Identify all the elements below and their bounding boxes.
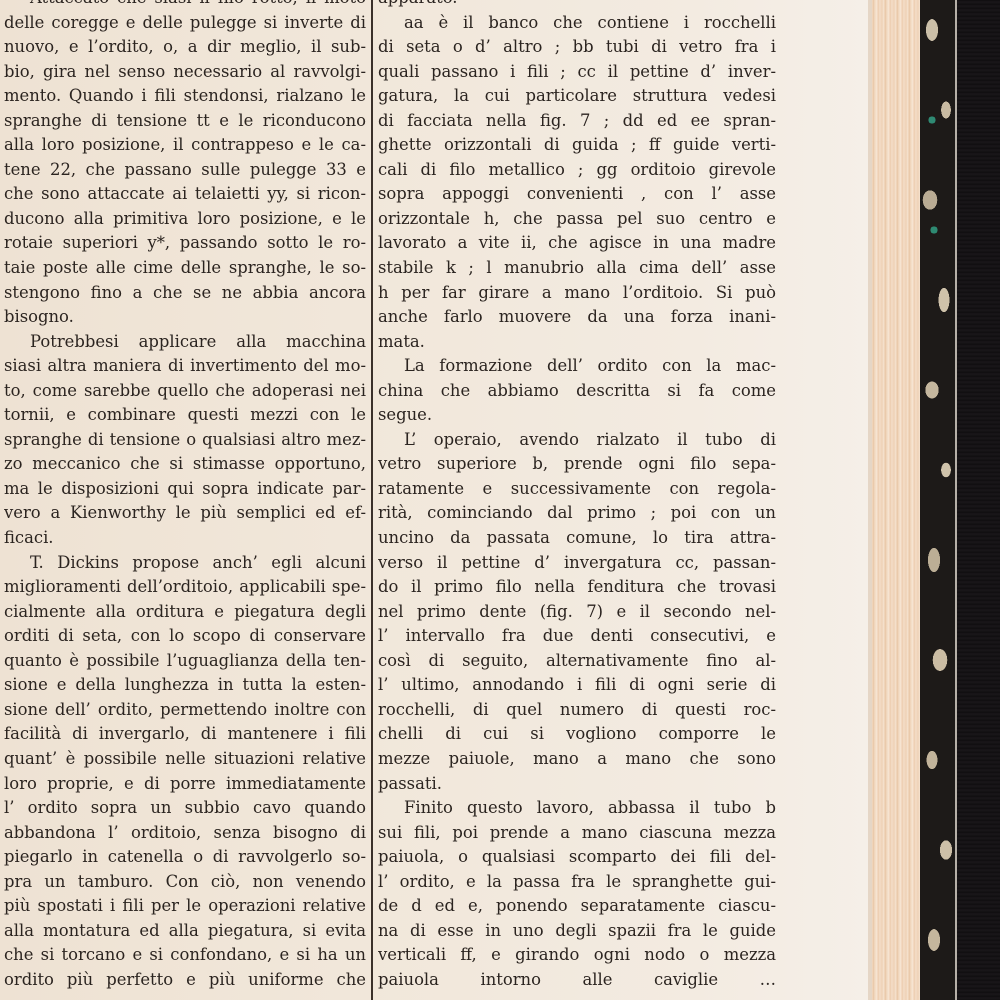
text-line: paiuola intorno alle caviglie … bbox=[378, 968, 776, 993]
text-line: l’ intervallo fra due denti consecutivi,… bbox=[378, 624, 776, 649]
text-line: h per far girare a mano l’orditoio. Si p… bbox=[378, 281, 776, 306]
text-line: to, come sarebbe quello che adoperasi ne… bbox=[4, 379, 366, 404]
text-line: l’ ultimo, annodando i fili di ogni seri… bbox=[378, 673, 776, 698]
text-line: stabile k ; l manubrio alla cima dell’ a… bbox=[378, 256, 776, 281]
text-line: verso il pettine d’ invergatura cc, pass… bbox=[378, 551, 776, 576]
text-line: zo meccanico che si stimasse opportuno, bbox=[4, 452, 366, 477]
text-line: segue. bbox=[378, 403, 776, 428]
text-line: rità, cominciando dal primo ; poi con un bbox=[378, 501, 776, 526]
text-line: vero a Kienworthy le più semplici ed ef- bbox=[4, 501, 366, 526]
text-line: di seta o d’ altro ; bb tubi di vetro fr… bbox=[378, 35, 776, 60]
text-line: spranghe di tensione tt e le riconducono bbox=[4, 109, 366, 134]
book-page: Attaccato che siasi il filo rotto, il mo… bbox=[0, 0, 870, 1000]
text-line: piegarlo in catenella o di ravvolgerlo s… bbox=[4, 845, 366, 870]
text-line: facilità di invergarlo, di mantenere i f… bbox=[4, 722, 366, 747]
right-text-column: apparato.aa è il banco che contiene i ro… bbox=[378, 0, 776, 992]
text-line: nel primo dente (fig. 7) e il secondo ne… bbox=[378, 600, 776, 625]
text-line: bisogno. bbox=[4, 305, 366, 330]
text-line: ducono alla primitiva loro posizione, e … bbox=[4, 207, 366, 232]
text-line: sui fili, poi prende a mano ciascuna mez… bbox=[378, 821, 776, 846]
text-line: così di seguito, alternativamente fino a… bbox=[378, 649, 776, 674]
text-line: siasi altra maniera di invertimento del … bbox=[4, 354, 366, 379]
text-line: nuovo, e l’ordito, o, a dir meglio, il s… bbox=[4, 35, 366, 60]
text-line: verticali ff, e girando ogni nodo o mezz… bbox=[378, 943, 776, 968]
text-line: ratamente e successivamente con regola- bbox=[378, 477, 776, 502]
text-line: de d ed e, ponendo separatamente ciascu- bbox=[378, 894, 776, 919]
text-line: chelli di cui si vogliono comporre le bbox=[378, 722, 776, 747]
text-line: ma le disposizioni qui sopra indicate pa… bbox=[4, 477, 366, 502]
text-line: l’ ordito, e la passa fra le spranghette… bbox=[378, 870, 776, 895]
text-line: quanto è possibile l’uguaglianza della t… bbox=[4, 649, 366, 674]
text-line: mata. bbox=[378, 330, 776, 355]
text-line: ordito più perfetto e più uniforme che bbox=[4, 968, 366, 993]
text-line: alla montatura ed alla piegatura, si evi… bbox=[4, 919, 366, 944]
text-line: vetro superiore b, prende ogni filo sepa… bbox=[378, 452, 776, 477]
text-line: apparato. bbox=[378, 0, 776, 11]
text-line: l’ ordito sopra un subbio cavo quando bbox=[4, 796, 366, 821]
text-line: cialmente alla orditura e piegatura degl… bbox=[4, 600, 366, 625]
text-line: cali di filo metallico ; gg orditoio gir… bbox=[378, 158, 776, 183]
text-line: mezze paiuole, mano a mano che sono bbox=[378, 747, 776, 772]
text-line: orditi di seta, con lo scopo di conserva… bbox=[4, 624, 366, 649]
text-line: La formazione dell’ ordito con la mac- bbox=[378, 354, 776, 379]
text-line: gatura, la cui particolare struttura ved… bbox=[378, 84, 776, 109]
text-line: rotaie superiori y*, passando sotto le r… bbox=[4, 231, 366, 256]
text-line: ficaci. bbox=[4, 526, 366, 551]
text-line: mento. Quando i fili stendonsi, rialzano… bbox=[4, 84, 366, 109]
left-text-column: Attaccato che siasi il filo rotto, il mo… bbox=[4, 0, 366, 992]
text-line: sione dell’ ordito, permettendo inoltre … bbox=[4, 698, 366, 723]
text-line: che sono attaccate ai telaietti yy, si r… bbox=[4, 182, 366, 207]
text-line: di facciata nella fig. 7 ; dd ed ee spra… bbox=[378, 109, 776, 134]
text-line: spranghe di tensione o qualsiasi altro m… bbox=[4, 428, 366, 453]
text-line: pra un tamburo. Con ciò, non venendo bbox=[4, 870, 366, 895]
text-line: che si torcano e si confondano, e si ha … bbox=[4, 943, 366, 968]
text-line: più spostati i fili per le operazioni re… bbox=[4, 894, 366, 919]
text-line: loro proprie, e di porre immediatamente bbox=[4, 772, 366, 797]
text-line: delle coregge e delle pulegge si inverte… bbox=[4, 11, 366, 36]
text-line: anche farlo muovere da una forza inani- bbox=[378, 305, 776, 330]
text-line: T. Dickins propose anch’ egli alcuni bbox=[4, 551, 366, 576]
text-line: taie poste alle cime delle spranghe, le … bbox=[4, 256, 366, 281]
text-line: tene 22, che passano sulle pulegge 33 e bbox=[4, 158, 366, 183]
text-line: miglioramenti dell’orditoio, applicabili… bbox=[4, 575, 366, 600]
text-line: na di esse in uno degli spazii fra le gu… bbox=[378, 919, 776, 944]
text-line: sione e della lunghezza in tutta la este… bbox=[4, 673, 366, 698]
text-line: bio, gira nel senso necessario al ravvol… bbox=[4, 60, 366, 85]
text-line: aa è il banco che contiene i rocchelli bbox=[378, 11, 776, 36]
marbled-cover-board bbox=[920, 0, 956, 1000]
text-line: lavorato a vite ii, che agisce in una ma… bbox=[378, 231, 776, 256]
text-line: orizzontale h, che passa pel suo centro … bbox=[378, 207, 776, 232]
text-line: passati. bbox=[378, 772, 776, 797]
text-line: quali passano i fili ; cc il pettine d’ … bbox=[378, 60, 776, 85]
text-line: quant’ è possibile nelle situazioni rela… bbox=[4, 747, 366, 772]
page-edges bbox=[868, 0, 920, 1000]
text-line: china che abbiamo descritta si fa come bbox=[378, 379, 776, 404]
text-line: uncino da passata comune, lo tira attra- bbox=[378, 526, 776, 551]
text-line: tornii, e combinare questi mezzi con le bbox=[4, 403, 366, 428]
text-line: do il primo filo nella fenditura che tro… bbox=[378, 575, 776, 600]
text-line: alla loro posizione, il contrappeso e le… bbox=[4, 133, 366, 158]
text-line: rocchelli, di quel numero di questi roc- bbox=[378, 698, 776, 723]
text-line: Potrebbesi applicare alla macchina qual- bbox=[4, 330, 366, 355]
text-line: L’ operaio, avendo rialzato il tubo di bbox=[378, 428, 776, 453]
text-line: Attaccato che siasi il filo rotto, il mo… bbox=[4, 0, 366, 11]
text-line: sopra appoggi convenienti , con l’ asse bbox=[378, 182, 776, 207]
text-line: stengono fino a che se ne abbia ancora bbox=[4, 281, 366, 306]
text-line: paiuola, o qualsiasi scomparto dei fili … bbox=[378, 845, 776, 870]
text-line: Finito questo lavoro, abbassa il tubo b bbox=[378, 796, 776, 821]
column-divider-rule bbox=[371, 0, 373, 1000]
text-line: abbandona l’ orditoio, senza bisogno di bbox=[4, 821, 366, 846]
text-line: ghette orizzontali di guida ; ff guide v… bbox=[378, 133, 776, 158]
black-cloth-binding bbox=[957, 0, 1000, 1000]
